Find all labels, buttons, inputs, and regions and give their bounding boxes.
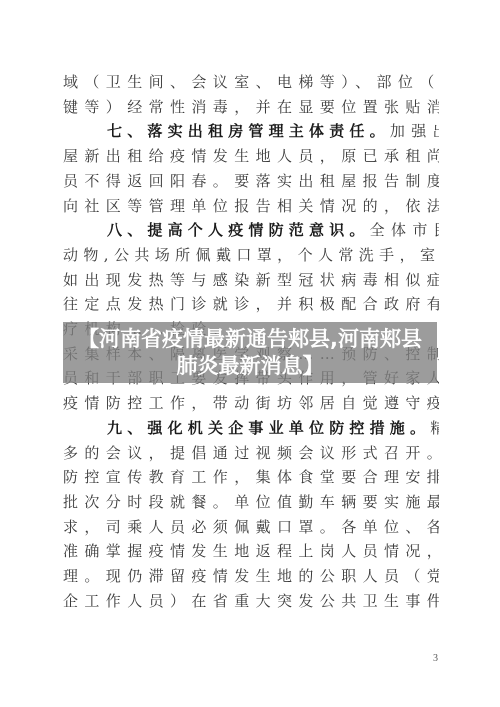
section-heading: 九、强化机关企事业单位防控措施。 <box>107 419 430 437</box>
text-line: 如出现发热等与感染新型冠状病毒相似症状，要及时佩戴口罩前 <box>63 268 439 293</box>
text-line: 屋新出租给疫情发生地人员，原已承租尚未入住的疫情发生地人 <box>63 144 439 169</box>
text-line: 理。现仍滞留疫情发生地的公职人员（党政机关、事业单位、国 <box>63 564 439 589</box>
section-7-line: 七、落实出租房管理主体责任。加强出租屋管控，暂不将房 <box>63 119 439 144</box>
text-line: 向社区等管理单位报告相关情况的，依法追究责任。 <box>63 194 439 219</box>
section-text: 加强出租屋管控，暂不将房 <box>390 122 439 140</box>
text-line: 防控宣传教育工作，集体食堂要合理安排干部职工自带餐具并分 <box>63 465 439 490</box>
text-line: 往定点发热门诊就诊，并积极配合政府有关部门、疾控机构、医 <box>63 292 439 317</box>
text-line: 员不得返回阳春。要落实出租屋报告制度，如房屋出租人未及时 <box>63 169 439 194</box>
title-banner: 【河南省疫情最新通告郏县,河南郏县肺炎最新消息】 <box>63 322 437 383</box>
section-text: 精简会议，取消人数众 <box>430 419 439 437</box>
text-line: 疫情防控工作，带动街坊邻居自觉遵守疫情防控各项规定。 <box>63 391 439 416</box>
section-8-line: 八、提高个人疫情防范意识。全体市民不要购买活禽和野生 <box>63 218 439 243</box>
text-line: 求，司乘人员必须佩戴口罩。各单位、各企业要落实专人跟进， <box>63 515 439 540</box>
text-line: 企工作人员）在省重大突发公共卫生事件一级响应解除前不得返 <box>63 589 439 614</box>
text-line: 键等）经常性消毒，并在显要位置张贴消毒提示。 <box>63 95 439 120</box>
text-line: 批次分时段就餐。单位值勤车辆要实施最严格的消毒和通风要 <box>63 490 439 515</box>
document-page: 域（卫生间、会议室、电梯等）、部位（门把手、电话、电梯按 键等）经常性消毒，并在… <box>0 0 500 707</box>
section-heading: 八、提高个人疫情防范意识。 <box>107 221 370 239</box>
page-number: 3 <box>433 653 438 664</box>
text-line: 准确掌握疫情发生地返程上岗人员情况，列出清单，实行台账管 <box>63 539 439 564</box>
section-9-line: 九、强化机关企事业单位防控措施。精简会议，取消人数众 <box>63 416 439 441</box>
text-line: 多的会议，提倡通过视频会议形式召开。做好对干部职工的疫情 <box>63 441 439 466</box>
section-text: 全体市民不要购买活禽和野生 <box>370 221 439 239</box>
section-heading: 七、落实出租房管理主体责任。 <box>107 122 390 140</box>
banner-title: 【河南省疫情最新通告郏县,河南郏县肺炎最新消息】 <box>70 326 430 380</box>
text-line: 域（卫生间、会议室、电梯等）、部位（门把手、电话、电梯按 <box>63 70 439 95</box>
text-line: 动物,公共场所佩戴口罩，个人常洗手，室内常通风，家里常消毒。 <box>63 243 439 268</box>
